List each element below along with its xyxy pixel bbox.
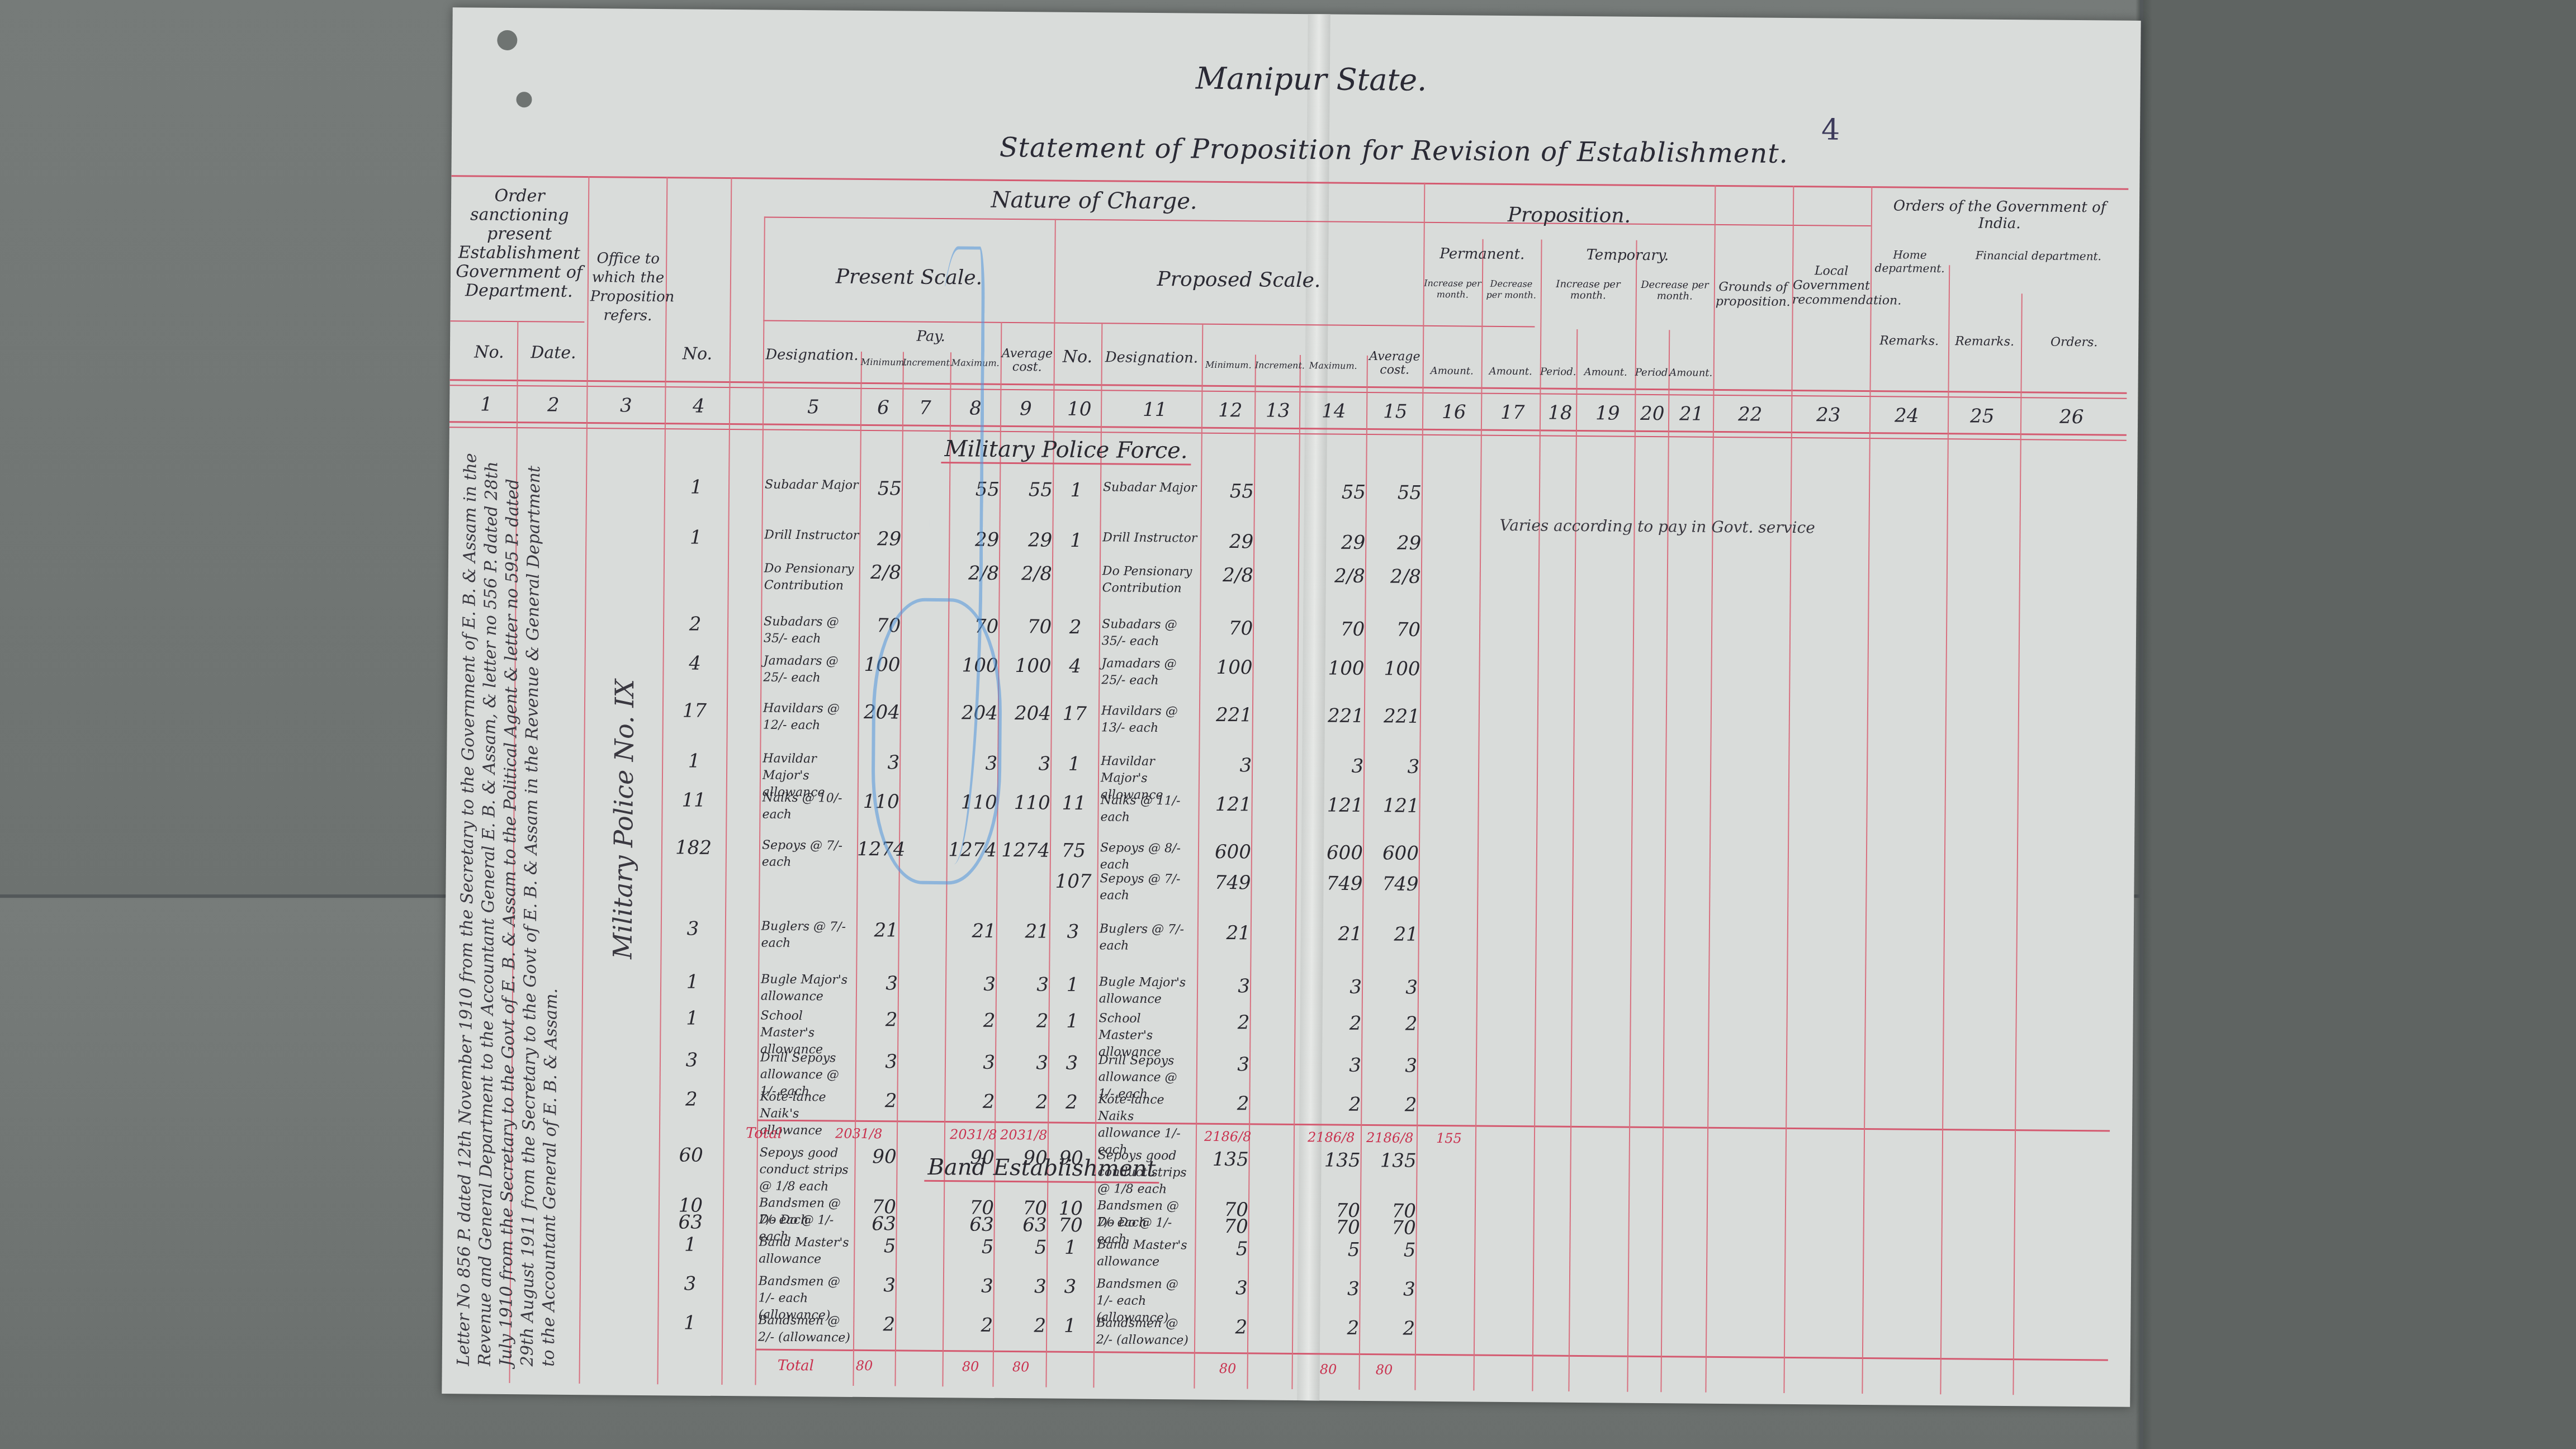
row-proposed-no: 4 (1051, 655, 1098, 678)
row-avg: 3 (993, 1275, 1046, 1298)
row-no: 60 (659, 1144, 723, 1167)
header-present-scale: Present Scale. (764, 267, 1054, 288)
row-proposed-designation: Subadar Major (1103, 479, 1201, 496)
column-number: 7 (919, 397, 931, 419)
column-number: 25 (1970, 405, 1995, 428)
row-proposed-max: 2/8 (1298, 565, 1365, 588)
row-min: 2 (855, 1090, 897, 1112)
row-proposed-max: 221 (1297, 704, 1364, 727)
row-proposed-max: 135 (1293, 1149, 1360, 1172)
rule-total-band (755, 1349, 2108, 1361)
header-amount-16: Amount. (1423, 362, 1481, 381)
row-proposed-no: 1 (1053, 479, 1100, 502)
row-avg: 3 (997, 752, 1050, 775)
row-proposed-avg: 135 (1360, 1149, 1416, 1172)
row-proposed-min: 2/8 (1200, 564, 1253, 587)
row-proposed-avg: 70 (1365, 618, 1420, 641)
row-proposed-avg: 2 (1359, 1317, 1415, 1340)
column-number: 26 (2059, 406, 2084, 428)
header-proposed-maximum: Maximum. (1300, 361, 1367, 371)
header-average-cost: Average cost. (1001, 347, 1054, 375)
row-no: 1 (657, 1311, 722, 1334)
row-proposed-min: 2 (1196, 1092, 1249, 1115)
header-order-no: No. (461, 343, 517, 362)
page-number: 4 (1821, 113, 1840, 146)
row-proposed-max: 21 (1295, 922, 1362, 945)
row-avg: 110 (997, 792, 1050, 815)
row-proposed-min: 135 (1195, 1148, 1248, 1171)
column-number: 2 (547, 394, 560, 416)
row-proposed-designation: Do Pensionary Contribution (1102, 563, 1200, 597)
row-proposed-designation: Sepoys @ 8/- each (1100, 840, 1198, 874)
row-no: 17 (662, 699, 727, 722)
total-label: Total (746, 1125, 782, 1142)
header-perm-decrease: Decrease per month. (1482, 278, 1541, 301)
row-max: 70 (944, 1196, 994, 1219)
row-proposed-max: 3 (1296, 755, 1363, 778)
blue-pencil-loop (870, 598, 1002, 885)
row-no: 11 (662, 789, 726, 812)
row-proposed-max: 121 (1296, 794, 1363, 817)
header-grounds: Grounds of proposition. (1714, 280, 1792, 310)
header-remarks-24: Remarks. (1870, 332, 1948, 351)
row-proposed-max: 2 (1292, 1317, 1359, 1339)
col-rule (1568, 329, 1578, 1391)
row-no (661, 867, 726, 868)
row-no: 1 (664, 526, 728, 549)
band-total-max: 80 (962, 1358, 979, 1374)
row-min: 3 (856, 972, 898, 995)
row-proposed-min: 600 (1198, 841, 1251, 864)
row-proposed-designation: Band Master's allowance (1097, 1237, 1195, 1271)
header-proposed-no: No. (1054, 348, 1101, 367)
row-min: 3 (854, 1274, 896, 1297)
row-no: 2 (659, 1088, 723, 1111)
punch-hole (497, 30, 517, 50)
row-no: 1 (662, 750, 726, 773)
row-proposed-min: 3 (1195, 1277, 1248, 1300)
column-number: 1 (480, 394, 493, 416)
row-proposed-designation: Bugle Major's allowance (1099, 974, 1197, 1008)
col-rule (1627, 240, 1637, 1392)
column-number: 9 (1020, 397, 1032, 420)
row-min: 55 (860, 477, 902, 500)
row-proposed-min: 2 (1194, 1316, 1247, 1339)
total-proposed-min: 2186/8 (1204, 1129, 1252, 1145)
header-minimum: Minimum. (861, 357, 903, 368)
row-proposed-designation: Bandsmen @ 2/- (allowance) (1096, 1315, 1194, 1349)
row-proposed-min: 5 (1195, 1238, 1248, 1261)
row-designation: Subadars @ 35/- each (764, 614, 859, 648)
row-proposed-min: 3 (1199, 754, 1252, 777)
row-proposed-no: 17 (1051, 703, 1098, 726)
row-proposed-min: 221 (1199, 704, 1252, 727)
row-avg: 204 (998, 702, 1051, 725)
row-max: 5 (943, 1235, 993, 1258)
row-proposed-max: 3 (1295, 976, 1362, 998)
row-avg: 1274 (997, 839, 1050, 862)
row-no: 1 (658, 1233, 722, 1256)
column-number: 18 (1548, 402, 1573, 424)
row-avg: 70 (998, 615, 1052, 638)
row-no: 1 (660, 1007, 724, 1030)
row-no: 3 (658, 1272, 722, 1295)
row-proposed-max: 749 (1295, 872, 1362, 895)
document-title-statement: Statement of Proposition for Revision of… (1000, 132, 1788, 169)
tile-seam (2140, 0, 2143, 1449)
row-min: 29 (859, 528, 901, 551)
row-avg: 2 (995, 1010, 1048, 1033)
row-proposed-min: 100 (1199, 656, 1252, 679)
header-proposed-increment: Increment. (1255, 360, 1300, 371)
column-number: 19 (1595, 402, 1620, 424)
column-number: 23 (1816, 404, 1841, 426)
header-temporary: Temporary. (1541, 245, 1714, 265)
header-financial-department: Financial department. (1949, 248, 2128, 263)
row-designation: Band Master's allowance (759, 1234, 854, 1268)
row-min (857, 869, 899, 869)
header-orders-26: Orders. (2021, 333, 2127, 352)
column-number: 10 (1067, 398, 1092, 420)
ledger-sheet: Manipur State. Statement of Proposition … (442, 7, 2141, 1407)
row-proposed-no: 3 (1049, 921, 1097, 944)
row-proposed-no: 1 (1049, 974, 1096, 997)
row-designation: Do Pensionary Contribution (764, 561, 859, 595)
row-min: 2 (853, 1313, 895, 1336)
row-proposed-no (1052, 563, 1100, 563)
band-total-avg: 80 (1012, 1359, 1030, 1375)
header-amount-21: Amount. (1669, 363, 1713, 383)
row-proposed-designation: Bandsmen @ 7/- each (1097, 1197, 1195, 1232)
row-min: 70 (854, 1196, 896, 1219)
row-proposed-avg: 55 (1366, 481, 1422, 504)
column-number: 5 (807, 396, 820, 418)
col-rule (1473, 239, 1483, 1391)
row-min: 3 (855, 1050, 897, 1073)
col-rule (1532, 239, 1542, 1391)
row-designation: Subadar Major (765, 477, 860, 494)
column-number: 12 (1218, 399, 1243, 422)
row-avg: 29 (999, 529, 1052, 552)
row-proposed-avg: 21 (1362, 923, 1418, 946)
row-proposed-no: 107 (1049, 870, 1097, 893)
row-proposed-designation: Sepoys @ 7/- each (1100, 870, 1197, 905)
row-proposed-min: 70 (1200, 617, 1253, 640)
total-proposed-avg: 2186/8 (1366, 1130, 1414, 1146)
row-designation: Naiks @ 10/- each (762, 790, 857, 824)
row-proposed-no: 3 (1048, 1052, 1096, 1075)
header-order-group: Order sanctioning present Establishment … (451, 186, 589, 301)
row-no: 182 (661, 836, 726, 859)
row-proposed-max: 55 (1299, 481, 1366, 504)
col-rule (1783, 186, 1794, 1393)
document-title-state: Manipur State. (1196, 61, 1427, 98)
column-number: 6 (877, 396, 889, 419)
header-local-government: Local Government recommendation. (1792, 264, 1871, 308)
row-proposed-designation: Naiks @ 11/- each (1100, 792, 1198, 826)
header-orders-goi: Orders of the Government of India. (1871, 197, 2128, 233)
row-designation: Bugle Major's allowance (761, 972, 856, 1006)
row-avg: 3 (995, 1052, 1048, 1074)
row-no (664, 560, 728, 560)
row-proposed-avg: 29 (1365, 532, 1421, 555)
header-order-date: Date. (520, 343, 587, 363)
row-proposed-max: 600 (1296, 841, 1363, 864)
row-no: 1 (660, 970, 724, 993)
row-proposed-max: 100 (1297, 657, 1364, 680)
column-number: 15 (1383, 400, 1408, 423)
row-proposed-no: 1 (1046, 1237, 1094, 1259)
row-min: 2/8 (859, 561, 901, 584)
order-sanction-text: Letter No 856 P. dated 12th November 191… (453, 443, 567, 1366)
row-max: 3 (945, 1051, 995, 1074)
band-total-proposed-avg: 80 (1376, 1362, 1393, 1377)
row-proposed-designation: Jamadars @ 25/- each (1101, 655, 1199, 689)
row-avg: 3 (996, 973, 1049, 996)
total-avg: 2031/8 (1000, 1127, 1048, 1143)
row-proposed-avg: 100 (1364, 657, 1420, 680)
header-temp-decrease: Decrease per month. (1636, 280, 1714, 302)
col-rule (1862, 186, 1872, 1394)
header-office: Office to which the Proposition refers. (590, 249, 666, 325)
row-designation: Jamadars @ 25/- each (763, 653, 858, 687)
band-total-proposed-min: 80 (1219, 1361, 1237, 1376)
row-avg: 70 (994, 1197, 1047, 1220)
column-number: 22 (1738, 403, 1763, 425)
row-proposed-avg: 121 (1363, 794, 1419, 817)
row-no: 3 (661, 917, 725, 940)
drill-instructor-note: Varies according to pay in Govt. service (1499, 516, 1815, 537)
row-proposed-designation: Drill Instructor (1102, 529, 1200, 547)
row-designation: Havildars @ 12/- each (763, 700, 858, 735)
column-number: 14 (1322, 400, 1346, 422)
header-period-18: Period. (1540, 362, 1576, 382)
row-proposed-no: 2 (1048, 1091, 1095, 1114)
row-proposed-avg: 2 (1361, 1012, 1417, 1035)
office-text: Military Police No. IX (607, 679, 640, 959)
header-home-department: Home department. (1871, 248, 1949, 275)
row-proposed-no: 1 (1052, 529, 1100, 552)
row-proposed-no: 1 (1048, 1010, 1096, 1033)
row-proposed-min: 70 (1195, 1199, 1248, 1221)
row-proposed-min: 121 (1198, 793, 1251, 816)
row-max: 3 (945, 973, 996, 996)
row-designation: Buglers @ 7/- each (761, 918, 856, 953)
column-number: 3 (620, 395, 632, 417)
row-avg: 2/8 (999, 562, 1052, 585)
header-temp-increase: Increase per month. (1541, 278, 1636, 301)
row-avg: 55 (1000, 479, 1053, 501)
row-avg: 100 (998, 655, 1051, 678)
row-proposed-max: 2 (1294, 1093, 1361, 1116)
row-proposed-max: 70 (1298, 618, 1365, 641)
row-proposed-min: 2 (1196, 1011, 1249, 1034)
row-no: 3 (660, 1049, 724, 1072)
row-proposed-min: 3 (1197, 975, 1250, 998)
row-proposed-min: 749 (1197, 872, 1251, 894)
column-number: 24 (1895, 404, 1919, 427)
row-proposed-no: 1 (1050, 753, 1098, 776)
column-number: 4 (693, 395, 705, 418)
row-proposed-max: 2 (1294, 1012, 1361, 1035)
row-proposed-max: 3 (1294, 1054, 1361, 1077)
row-max: 2 (944, 1090, 995, 1113)
row-proposed-avg: 221 (1364, 705, 1420, 728)
row-proposed-designation: Havildars @ 13/- each (1101, 703, 1199, 737)
band-total-proposed-max: 80 (1320, 1361, 1337, 1377)
row-avg: 21 (996, 920, 1049, 943)
row-proposed-avg: 749 (1362, 873, 1418, 896)
rule-top (451, 175, 2128, 190)
row-proposed-avg: 2/8 (1365, 565, 1421, 588)
row-proposed-avg: 3 (1360, 1278, 1415, 1301)
total-max: 2031/8 (950, 1126, 997, 1143)
row-avg: 5 (993, 1236, 1046, 1259)
header-remarks-25: Remarks. (1948, 332, 2021, 352)
row-proposed-max: 29 (1298, 531, 1365, 554)
row-no: 10 (659, 1194, 723, 1217)
row-proposed-max: 5 (1292, 1238, 1360, 1261)
row-proposed-avg: 5 (1360, 1239, 1415, 1262)
row-proposed-avg: 3 (1363, 755, 1419, 778)
column-number: 17 (1500, 401, 1525, 424)
header-proposed-average-cost: Average cost. (1367, 350, 1423, 377)
row-proposed-designation: Subadars @ 35/- each (1102, 616, 1200, 650)
band-total-min: 80 (856, 1358, 873, 1374)
column-number: 16 (1442, 401, 1466, 423)
row-proposed-avg: 3 (1362, 976, 1418, 999)
row-proposed-no: 2 (1052, 616, 1099, 639)
row-proposed-no: 3 (1046, 1276, 1094, 1299)
row-proposed-designation: Buglers @ 7/- each (1100, 921, 1197, 955)
row-proposed-no: 75 (1050, 840, 1097, 863)
row-proposed-no: 11 (1050, 792, 1097, 815)
header-proposed-designation: Designation. (1101, 348, 1202, 367)
section-title-band: Band Establishment (924, 1154, 1159, 1183)
row-proposed-min: 21 (1197, 922, 1251, 945)
punch-hole (516, 92, 532, 107)
column-number: 20 (1640, 402, 1665, 425)
total-increase: 155 (1436, 1130, 1462, 1146)
row-designation: Drill Instructor (764, 527, 859, 544)
band-total-label: Total (778, 1357, 814, 1375)
row-no: 2 (663, 613, 727, 636)
row-proposed-min: 29 (1200, 531, 1253, 553)
row-proposed-no: 10 (1047, 1197, 1095, 1220)
row-proposed-avg: 2 (1361, 1093, 1417, 1116)
row-proposed-avg: 3 (1361, 1054, 1417, 1077)
row-designation: Bandsmen @ 2/- (allowance) (758, 1313, 853, 1347)
column-number: 13 (1266, 400, 1290, 422)
header-proposed-minimum: Minimum. (1202, 360, 1255, 371)
header-amount-17: Amount. (1481, 362, 1540, 382)
row-designation: Sepoys @ 7/- each (762, 837, 857, 872)
col-rule (1940, 265, 1950, 1394)
header-perm-increase: Increase per month. (1423, 278, 1482, 301)
row-min: 5 (854, 1235, 896, 1258)
header-no: No. (665, 344, 730, 364)
header-proposition: Proposition. (1424, 205, 1715, 226)
total-proposed-max: 2186/8 (1308, 1129, 1355, 1145)
row-proposed-avg: 600 (1363, 842, 1419, 865)
row-min: 21 (856, 919, 898, 942)
row-designation: Bandsmen @ 7/- each (759, 1195, 854, 1229)
column-number: 11 (1143, 399, 1167, 421)
row-max: 21 (946, 920, 996, 943)
column-number: 21 (1679, 402, 1704, 425)
row-no: 1 (664, 476, 728, 499)
total-min: 2031/8 (835, 1126, 883, 1142)
row-avg: 2 (993, 1314, 1046, 1337)
row-proposed-min: 55 (1201, 480, 1254, 503)
header-designation: Designation. (763, 345, 861, 365)
row-designation: Sepoys good conduct strips @ 1/8 each (759, 1145, 855, 1196)
row-proposed-avg: 70 (1360, 1200, 1416, 1223)
header-amount-19: Amount. (1576, 363, 1635, 382)
col-rule (2012, 293, 2022, 1395)
row-avg: 2 (995, 1091, 1048, 1114)
row-min: 90 (855, 1145, 897, 1168)
row-avg (997, 870, 1050, 870)
row-proposed-min: 3 (1196, 1053, 1249, 1076)
row-proposed-max: 3 (1292, 1277, 1360, 1300)
header-proposed-scale: Proposed Scale. (1054, 269, 1423, 291)
col-rule (1660, 330, 1670, 1392)
header-period-20: Period. (1635, 363, 1669, 382)
row-no: 4 (662, 652, 727, 675)
row-proposed-max: 70 (1293, 1199, 1360, 1222)
header-permanent: Permanent. (1423, 244, 1541, 264)
row-min: 2 (855, 1008, 897, 1031)
row-proposed-no: 1 (1046, 1315, 1093, 1338)
row-max: 2 (943, 1314, 993, 1337)
row-max: 2 (945, 1009, 995, 1032)
row-max: 3 (943, 1275, 993, 1298)
